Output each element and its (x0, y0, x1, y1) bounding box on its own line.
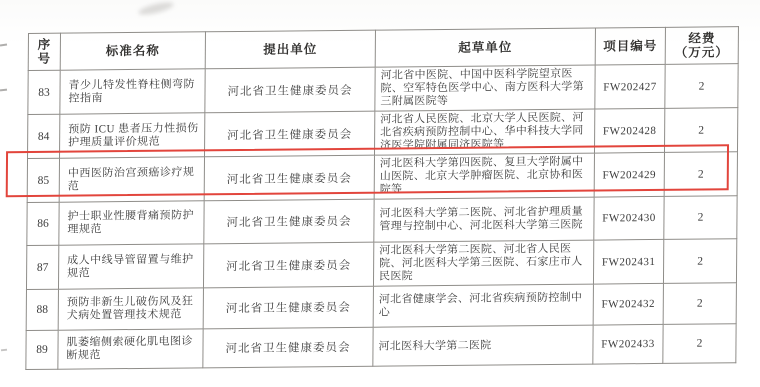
table-row-83: 83 青少儿特发性脊柱侧弯防控指南 河北省卫生健康委员会 河北省中医院、中国中医… (28, 64, 738, 115)
cell-seq: 89 (26, 330, 58, 369)
scanned-document-page: 序 号 标准名称 提出单位 起草单位 项目编号 经费 （万元） 83 青少儿特 (0, 0, 760, 387)
cell-proposer: 河北省卫生健康委员会 (204, 155, 374, 201)
cell-name: 成人中线导管留置与维护规范 (58, 244, 203, 289)
cell-name: 肌萎缩侧索硬化肌电图诊断规范 (58, 329, 203, 369)
scan-edge-artifact (1, 349, 7, 352)
cell-code: FW202431 (593, 239, 663, 284)
col-header-drafter: 起草单位 (375, 28, 595, 67)
cell-proposer: 河北省卫生健康委员会 (205, 111, 375, 157)
table-row-84: 84 预防 ICU 患者压力性损伤护理质量评价规范 河北省卫生健康委员会 河北省… (28, 108, 738, 159)
cell-proposer: 河北省卫生健康委员会 (203, 327, 373, 368)
cell-code: FW202433 (593, 324, 663, 364)
standards-project-table: 序 号 标准名称 提出单位 起草单位 项目编号 经费 （万元） 83 青少儿特 (25, 26, 739, 370)
col-header-fee: 经费 （万元） (665, 27, 738, 65)
cell-name: 中西医防治宫颈癌诊疗规范 (59, 157, 204, 202)
cell-seq: 88 (26, 289, 58, 330)
cell-drafter: 河北医科大学第二医院、河北省人民医院、河北医科大学第三医院、石家庄市人民医院 (373, 240, 593, 286)
cell-seq: 87 (26, 245, 58, 289)
cell-fee: 2 (664, 152, 737, 197)
cell-code: FW202429 (594, 152, 664, 197)
col-header-fee-line1: 经费 (668, 31, 736, 46)
cell-fee: 2 (664, 196, 737, 240)
cell-fee: 2 (663, 239, 736, 284)
cell-seq: 83 (28, 70, 60, 114)
col-header-seq-line2: 号 (31, 52, 58, 66)
table-row-89: 89 肌萎缩侧索硬化肌电图诊断规范 河北省卫生健康委员会 河北医科大学第二医院 … (26, 324, 736, 370)
cell-code: FW202427 (595, 64, 665, 109)
cell-proposer: 河北省卫生健康委员会 (203, 286, 373, 329)
cell-seq: 85 (27, 158, 59, 202)
cell-drafter: 河北省中医院、中国中医科学院望京医院、空军特色医学中心、南方医科大学第三附属医院… (375, 65, 595, 111)
table-row-87: 87 成人中线导管留置与维护规范 河北省卫生健康委员会 河北医科大学第二医院、河… (26, 239, 736, 290)
scan-smudge-artifact (137, 0, 174, 17)
col-header-name: 标准名称 (60, 32, 205, 70)
scan-edge-artifact (0, 89, 7, 92)
cell-fee: 2 (663, 324, 736, 364)
cell-code: FW202428 (594, 108, 664, 153)
col-header-proposer: 提出单位 (205, 30, 375, 69)
cell-drafter: 河北医科大学第二医院 (373, 325, 593, 366)
cell-name: 预防非新生儿破伤风及狂犬病处置管理技术规范 (58, 288, 203, 330)
cell-proposer: 河北省卫生健康委员会 (205, 67, 375, 113)
cell-drafter: 河北省健康学会、河北省疾病预防控制中心 (373, 284, 593, 327)
cell-drafter: 河北医科大学第四医院、复旦大学附属中山医院、北京大学肿瘤医院、北京协和医院等 (374, 153, 594, 199)
col-header-seq-line1: 序 (31, 38, 58, 52)
cell-fee: 2 (663, 283, 736, 325)
table-row-85-highlighted: 85 中西医防治宫颈癌诊疗规范 河北省卫生健康委员会 河北医科大学第四医院、复旦… (27, 152, 737, 203)
cell-name: 青少儿特发性脊柱侧弯防控指南 (60, 69, 205, 114)
col-header-fee-line2: （万元） (668, 45, 736, 60)
cell-drafter: 河北医科大学第二医院、河北省护理质量管理与控制中心、河北医科大学第三医院 (374, 197, 594, 242)
scan-edge-artifact (0, 44, 7, 47)
standards-table-wrapper: 序 号 标准名称 提出单位 起草单位 项目编号 经费 （万元） 83 青少儿特 (25, 26, 738, 370)
col-header-seq: 序 号 (28, 33, 60, 70)
cell-drafter: 河北省人民医院、北京大学人民医院、河北省疾病预防控制中心、华中科技大学同济医学院… (374, 109, 594, 155)
cell-code: FW202432 (593, 283, 663, 325)
cell-seq: 84 (28, 114, 60, 158)
cell-code: FW202430 (594, 196, 664, 240)
col-header-code: 项目编号 (595, 27, 665, 65)
cell-name: 护士职业性腰背痛预防护理规范 (59, 201, 204, 245)
cell-proposer: 河北省卫生健康委员会 (204, 199, 374, 244)
cell-name: 预防 ICU 患者压力性损伤护理质量评价规范 (60, 113, 205, 158)
cell-proposer: 河北省卫生健康委员会 (203, 242, 373, 288)
table-row-88: 88 预防非新生儿破伤风及狂犬病处置管理技术规范 河北省卫生健康委员会 河北省健… (26, 283, 736, 331)
cell-seq: 86 (27, 202, 59, 245)
cell-fee: 2 (664, 108, 737, 153)
cell-fee: 2 (665, 64, 738, 109)
table-row-86: 86 护士职业性腰背痛预防护理规范 河北省卫生健康委员会 河北医科大学第二医院、… (27, 196, 737, 246)
